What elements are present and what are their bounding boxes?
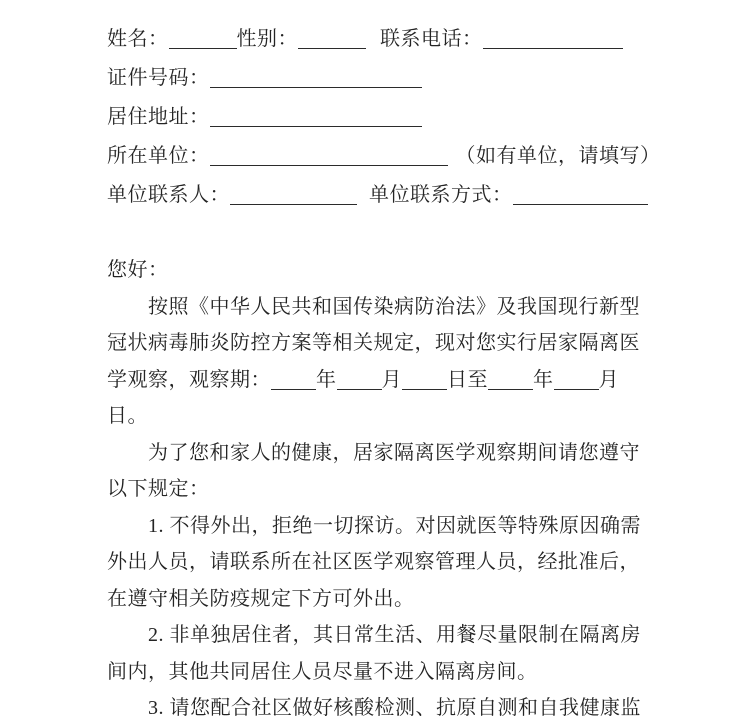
para1-line4: 日。 — [107, 398, 696, 435]
address-blank — [210, 115, 422, 127]
form-section: 姓名：性别：联系电话：证件号码：居住地址：所在单位：（如有单位，请填写）单位联系… — [107, 20, 696, 215]
para1-line3-observation-period: 学观察，观察期：年月日至年月 — [107, 362, 696, 399]
employer-row: 所在单位：（如有单位，请填写） — [107, 137, 696, 176]
name-blank — [169, 37, 237, 49]
phone-label: 联系电话： — [380, 28, 483, 50]
salutation: 您好： — [107, 252, 696, 289]
letter-text: 您好： — [107, 259, 169, 281]
para1-line2: 冠状病毒肺炎防控方案等相关规定，现对您实行居家隔离医 — [107, 325, 696, 362]
employer-blank — [210, 154, 448, 166]
employer-contact-row: 单位联系人：单位联系方式： — [107, 176, 696, 215]
rule1-line1: 1. 不得外出，拒绝一切探访。对因就医等特殊原因确需 — [107, 508, 696, 545]
letter-text: 3. 请您配合社区做好核酸检测、抗原自测和自我健康监 — [148, 697, 641, 719]
address-label: 居住地址： — [107, 106, 210, 128]
start-month-label: 月 — [382, 369, 403, 391]
rule1-line3: 在遵守相关防疫规定下方可外出。 — [107, 581, 696, 618]
para1-line1: 按照《中华人民共和国传染病防治法》及我国现行新型 — [107, 289, 696, 326]
para2-line1: 为了您和家人的健康，居家隔离医学观察期间请您遵守 — [107, 435, 696, 472]
letter-text: 1. 不得外出，拒绝一切探访。对因就医等特殊原因确需 — [148, 515, 641, 537]
start-year-label: 年 — [316, 369, 337, 391]
gender-label: 性别： — [237, 28, 299, 50]
letter-text: 日。 — [107, 405, 148, 427]
para2-line2: 以下规定： — [107, 471, 696, 508]
end-month-label: 月 — [599, 369, 620, 391]
letter-text: 冠状病毒肺炎防控方案等相关规定，现对您实行居家隔离医 — [107, 332, 640, 354]
employer-contact-method-blank — [513, 193, 648, 205]
start-day-blank — [402, 378, 447, 390]
employer-contact-blank — [230, 193, 357, 205]
employer-label: 所在单位： — [107, 145, 210, 167]
gender-blank — [298, 37, 366, 49]
letter-text: 为了您和家人的健康，居家隔离医学观察期间请您遵守 — [148, 442, 640, 464]
end-year-blank — [488, 378, 533, 390]
start-year-blank — [271, 378, 316, 390]
to-label: 日至 — [447, 369, 488, 391]
rule2-line2: 间内，其他共同居住人员尽量不进入隔离房间。 — [107, 654, 696, 691]
employer-contact-method-label: 单位联系方式： — [369, 184, 513, 206]
id-number-row: 证件号码： — [107, 59, 696, 98]
rule1-line2: 外出人员，请联系所在社区医学观察管理人员，经批准后， — [107, 544, 696, 581]
letter-text: 在遵守相关防疫规定下方可外出。 — [107, 588, 415, 610]
letter-text: 2. 非单独居住者，其日常生活、用餐尽量限制在隔离房 — [148, 624, 641, 646]
start-month-blank — [337, 378, 382, 390]
end-month-blank — [554, 378, 599, 390]
letter-text: 按照《中华人民共和国传染病防治法》及我国现行新型 — [148, 296, 640, 318]
letter-text: 间内，其他共同居住人员尽量不进入隔离房间。 — [107, 661, 538, 683]
letter-section: 您好：按照《中华人民共和国传染病防治法》及我国现行新型冠状病毒肺炎防控方案等相关… — [107, 252, 696, 727]
name-label: 姓名： — [107, 28, 169, 50]
address-row: 居住地址： — [107, 98, 696, 137]
observation-period-label: 学观察，观察期： — [107, 369, 271, 391]
rule2-line1: 2. 非单独居住者，其日常生活、用餐尽量限制在隔离房 — [107, 617, 696, 654]
rule3-line1: 3. 请您配合社区做好核酸检测、抗原自测和自我健康监 — [107, 690, 696, 727]
phone-blank — [483, 37, 623, 49]
name-gender-phone-row: 姓名：性别：联系电话： — [107, 20, 696, 59]
letter-text: 以下规定： — [107, 478, 210, 500]
end-year-label: 年 — [533, 369, 554, 391]
letter-text: 外出人员，请联系所在社区医学观察管理人员，经批准后， — [107, 551, 640, 573]
employer-contact-label: 单位联系人： — [107, 184, 230, 206]
quarantine-notice-document: 姓名：性别：联系电话：证件号码：居住地址：所在单位：（如有单位，请填写）单位联系… — [0, 0, 736, 728]
id-number-label: 证件号码： — [107, 67, 210, 89]
id-number-blank — [210, 76, 422, 88]
employer-note: （如有单位，请填写） — [456, 145, 661, 167]
